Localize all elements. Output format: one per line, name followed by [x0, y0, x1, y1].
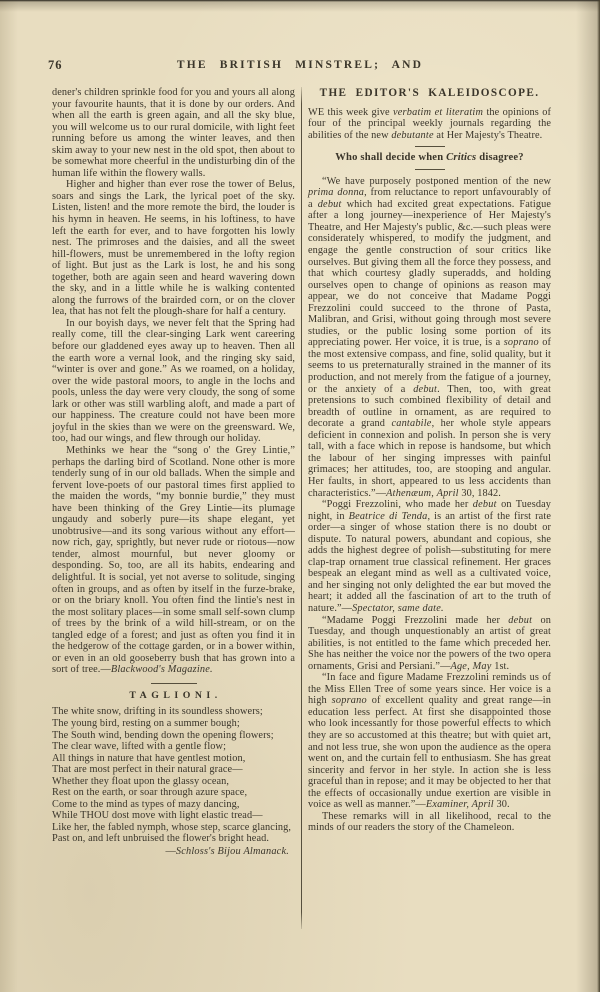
poem-attribution: —Schloss's Bijou Almanack.	[52, 846, 295, 858]
poem-line: The clear wave, lifted with a gentle flo…	[52, 741, 295, 753]
motto-rule-top	[415, 146, 445, 147]
article-paragraph: Methinks we hear the “song o' the Grey L…	[52, 445, 295, 676]
section-divider-rule	[151, 683, 197, 684]
article-paragraph: In our boyish days, we never felt that t…	[52, 318, 295, 445]
poem-line: All things in nature that have gentlest …	[52, 753, 295, 765]
poem-line: That are most perfect in their natural g…	[52, 764, 295, 776]
poem-line: Past on, and left unbruised the flower's…	[52, 833, 295, 845]
poem-line: Come to the mind as types of mazy dancin…	[52, 799, 295, 811]
poem-body: The white snow, drifting in its soundles…	[52, 706, 295, 845]
motto-block: Who shall decide when Critics disagree?	[308, 146, 551, 170]
poem-line: The white snow, drifting in its soundles…	[52, 706, 295, 718]
book-page-scan: 76 THE BRITISH MINSTREL; AND dener's chi…	[0, 0, 600, 992]
poem-line: Like her, the fabled nymph, whose step, …	[52, 822, 295, 834]
poem-line: The South wind, bending down the opening…	[52, 730, 295, 742]
kaleidoscope-heading: THE EDITOR'S KALEIDOSCOPE.	[308, 88, 551, 100]
reviews-body: “We have purposely postponed mention of …	[308, 176, 551, 811]
motto-rule-bottom	[415, 169, 445, 170]
running-head: 76 THE BRITISH MINSTREL; AND	[0, 56, 600, 76]
column-divider-rule	[301, 87, 302, 929]
article-body: dener's children sprinkle food for you a…	[52, 87, 295, 676]
poem-line: Rest on the earth, or soar through azure…	[52, 787, 295, 799]
review-paragraph: “We have purposely postponed mention of …	[308, 176, 551, 499]
poem-line: The young bird, resting on a summer boug…	[52, 718, 295, 730]
closing-paragraph: These remarks will in all likelihood, re…	[308, 811, 551, 834]
left-column: dener's children sprinkle food for you a…	[52, 87, 295, 929]
scan-edge-top	[0, 0, 600, 2]
intro-paragraph: WE this week give verbatim et literatim …	[308, 107, 551, 142]
poem-line: Whether they float upon the glassy ocean…	[52, 776, 295, 788]
review-paragraph: “Poggi Frezzolini, who made her debut on…	[308, 499, 551, 614]
review-paragraph: “In face and figure Madame Frezzolini re…	[308, 672, 551, 811]
motto-text: Who shall decide when Critics disagree?	[308, 152, 551, 164]
running-title: THE BRITISH MINSTREL; AND	[0, 59, 600, 71]
right-column: THE EDITOR'S KALEIDOSCOPE. WE this week …	[308, 87, 551, 929]
article-paragraph: Higher and higher than ever rose the tow…	[52, 179, 295, 318]
poem-line: While THOU dost move with light elastic …	[52, 810, 295, 822]
article-paragraph: dener's children sprinkle food for you a…	[52, 87, 295, 179]
text-columns: dener's children sprinkle food for you a…	[52, 87, 554, 929]
poem-title: TAGLIONI.	[52, 690, 295, 702]
review-paragraph: “Madame Poggi Frezzolini made her debut …	[308, 615, 551, 673]
